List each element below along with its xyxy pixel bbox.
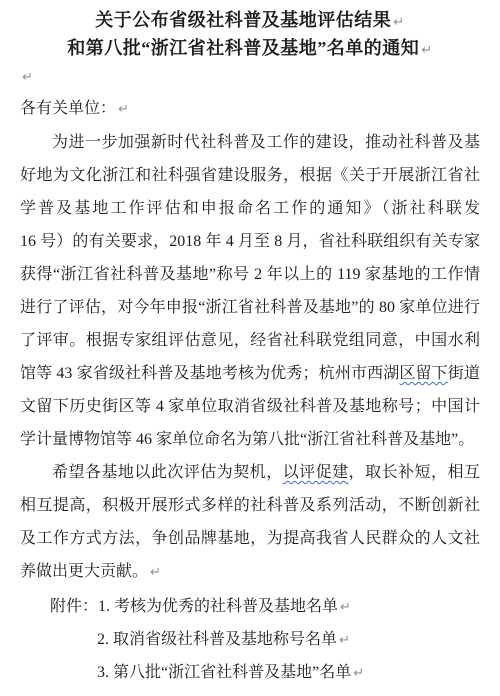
title-text: 和第八批“浙江省社科普及基地”名单的通知 — [67, 38, 419, 58]
title-text: 关于公布省级社科普及基地评估结果 — [95, 10, 391, 30]
body-line: 好地为文化浙江和社科强省建设服务，根据《关于开展浙江省社会科 — [20, 159, 480, 192]
attachment-line-2: 2. 取消省级社科普及基地称号名单↵ — [20, 623, 480, 656]
body-line: 16 号）的有关要求，2018 年 4 月至 8 月，省社科联组织有关专家对 — [20, 225, 480, 258]
paragraph-mark-icon: ↵ — [340, 600, 351, 615]
salutation-text: 各有关单位： — [20, 100, 116, 117]
spellcheck-squiggle-text: 区留下 — [399, 365, 447, 382]
body-line: 学计量博物馆等 46 家单位命名为第八批“浙江省社科普及基地”。↵ — [20, 423, 480, 456]
paragraph-mark-icon: ↵ — [22, 70, 33, 85]
attachments-block: 附件：1. 考核为优秀的社科普及基地名单↵2. 取消省级社科普及基地称号名单↵3… — [20, 590, 480, 689]
title-line-2: 和第八批“浙江省社科普及基地”名单的通知↵ — [20, 34, 480, 62]
salutation-line: 各有关单位：↵ — [20, 92, 480, 126]
paragraph-mark-icon: ↵ — [339, 633, 350, 648]
body-text: 及工作方式方法，争创品牌基地，为提高我省人民群众的人文社科素 — [20, 530, 480, 555]
paragraph-mark-icon: ↵ — [353, 666, 364, 681]
body-text: 获得“浙江省社科普及基地”称号 2 年以上的 119 家基地的工作情况 — [20, 266, 480, 291]
paragraph-mark-icon: ↵ — [118, 102, 129, 117]
body-text: 好地为文化浙江和社科强省建设服务，根据《关于开展浙江省社会科 — [20, 167, 480, 192]
attachment-line-1: 附件：1. 考核为优秀的社科普及基地名单↵ — [20, 590, 480, 623]
body-line: 文留下历史街区等 4 家单位取消省级社科普及基地称号；中国计量大 — [20, 390, 480, 423]
body-text: 为进一步加强新时代社科普及工作的建设，推动社科普及基地更 — [52, 134, 480, 159]
body-line: 了评审。根据专家组评估意见，经省社科联党组同意，中国水利博物 — [20, 324, 480, 357]
paragraph-2: 希望各基地以此次评估为契机，以评促建，取长补短，相互学习，相互提高，积极开展形式… — [20, 456, 480, 588]
body-line: 养做出更大贡献。↵ — [20, 555, 480, 588]
document-page: 关于公布省级社科普及基地评估结果↵ 和第八批“浙江省社科普及基地”名单的通知↵ … — [0, 0, 500, 696]
body-text: 养做出更大贡献。 — [20, 563, 148, 580]
empty-paragraph: ↵ — [20, 62, 480, 92]
body-text: 学普及基地工作评估和申报命名工作的通知》（浙社科联发〔2018〕 — [20, 200, 480, 225]
document-body: 为进一步加强新时代社科普及工作的建设，推动社科普及基地更好地为文化浙江和社科强省… — [20, 126, 480, 588]
spellcheck-squiggle-text: 以评促建 — [283, 464, 349, 481]
body-text: 希望各基地以此次评估为契机， — [52, 464, 283, 481]
attachment-text: 2. 取消省级社科普及基地称号名单 — [97, 631, 337, 648]
title-line-1: 关于公布省级社科普及基地评估结果↵ — [20, 6, 480, 34]
attachment-text: 3. 第八批“浙江省社科普及基地”名单 — [97, 664, 351, 681]
body-line: 馆等 43 家省级社科普及基地考核为优秀；杭州市西湖区留下街道人 — [20, 357, 480, 390]
body-line: 希望各基地以此次评估为契机，以评促建，取长补短，相互学习， — [20, 456, 480, 489]
paragraph-mark-icon: ↵ — [421, 43, 432, 58]
document-title: 关于公布省级社科普及基地评估结果↵ 和第八批“浙江省社科普及基地”名单的通知↵ — [20, 6, 480, 62]
body-text: 文留下历史街区等 4 家单位取消省级社科普及基地称号；中国计量大 — [20, 398, 480, 423]
attachment-text: 附件：1. 考核为优秀的社科普及基地名单 — [50, 598, 338, 615]
paragraph-1: 为进一步加强新时代社科普及工作的建设，推动社科普及基地更好地为文化浙江和社科强省… — [20, 126, 480, 456]
attachment-line-3: 3. 第八批“浙江省社科普及基地”名单↵ — [20, 656, 480, 689]
body-text: 16 号）的有关要求，2018 年 4 月至 8 月，省社科联组织有关专家对 — [20, 233, 480, 258]
body-text: 了评审。根据专家组评估意见，经省社科联党组同意，中国水利博物 — [20, 332, 480, 357]
body-text: 进行了评估，对今年申报“浙江省社科普及基地”的 80 家单位进行 — [20, 299, 480, 316]
body-line: 学普及基地工作评估和申报命名工作的通知》（浙社科联发〔2018〕 — [20, 192, 480, 225]
body-line: 相互提高，积极开展形式多样的社科普及系列活动，不断创新社科普 — [20, 489, 480, 522]
paragraph-mark-icon: ↵ — [150, 565, 161, 580]
body-text: 学计量博物馆等 46 家单位命名为第八批“浙江省社科普及基地”。 — [20, 431, 474, 448]
body-line: 获得“浙江省社科普及基地”称号 2 年以上的 119 家基地的工作情况 — [20, 258, 480, 291]
body-text: 相互提高，积极开展形式多样的社科普及系列活动，不断创新社科普 — [20, 497, 480, 522]
body-line: 为进一步加强新时代社科普及工作的建设，推动社科普及基地更 — [20, 126, 480, 159]
body-line: 及工作方式方法，争创品牌基地，为提高我省人民群众的人文社科素 — [20, 522, 480, 555]
body-line: 进行了评估，对今年申报“浙江省社科普及基地”的 80 家单位进行 — [20, 291, 480, 324]
body-text: 馆等 43 家省级社科普及基地考核为优秀；杭州市西湖 — [20, 365, 399, 382]
paragraph-mark-icon: ↵ — [393, 15, 404, 30]
